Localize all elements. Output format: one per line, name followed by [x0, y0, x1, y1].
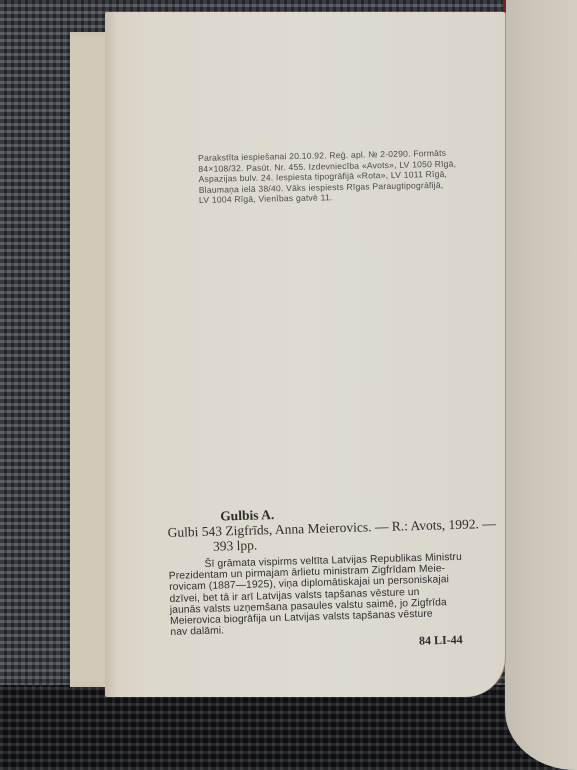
catalog-card: Gulbis A. Gulbi 543 Zigfrīds, Anna Meier…: [167, 501, 505, 639]
gutter-shadow: [105, 12, 117, 697]
catalog-annotation: Šī grāmata vispirms veltīta Latvijas Rep…: [168, 551, 505, 639]
book-page: Parakstīta iespiešanai 20.10.92. Reģ. ap…: [105, 12, 505, 697]
table-surface: [0, 685, 577, 770]
facing-page: [505, 0, 577, 770]
classification-code: 84 LI-44: [419, 632, 463, 648]
imprint-block: Parakstīta iespiešanai 20.10.92. Reģ. ap…: [198, 147, 489, 206]
